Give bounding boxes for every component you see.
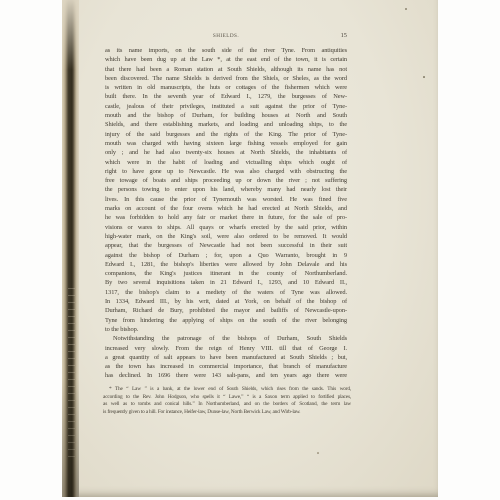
body-text-line: mouth and the bishop of Durham, for buil…	[105, 111, 347, 120]
body-text-line: Notwithstanding the patronage of the bis…	[105, 334, 347, 343]
body-text-line: injury of the said burgesses and the rig…	[105, 130, 347, 139]
body-text-line: the persons towing to enter upon his lan…	[105, 185, 347, 194]
body-text-line: which have been dug up at the Law *, at …	[105, 55, 347, 64]
body-text-line: marks on account of the four ovens which…	[105, 204, 347, 213]
body-text-line: visions or wares to ships. All quays or …	[105, 223, 347, 232]
body-text-line: In 1334, Edward III., by his writ, dated…	[105, 297, 347, 306]
body-text-line: to the bishop.	[105, 325, 347, 334]
body-text-line: against the bishop of Durham ; for, upon…	[105, 251, 347, 260]
body-text-line: as the town has increased in commercial …	[105, 362, 347, 371]
page-number: 15	[341, 32, 347, 39]
body-text-line: has declined. In 1696 there were 143 sal…	[105, 371, 347, 380]
body-text-line: increased very slowly. From the reign of…	[105, 344, 347, 353]
footnote: * The “ Law ” is a bank, at the lower en…	[103, 386, 351, 416]
body-text-line: Durham, Richard de Bury, prohibited the …	[105, 306, 347, 315]
body-text-line: been discovered. The name Shields is der…	[105, 74, 347, 83]
body-text-line: which were in the habit of loading and v…	[105, 158, 347, 167]
footnote-line: according to the Rev. John Hodgson, who …	[103, 394, 351, 402]
body-text-line: 1317, the bishop's claim to a mediety of…	[105, 288, 347, 297]
body-text-line: Shields, and there establishing markets,…	[105, 120, 347, 129]
body-text-line: castle, jealous of their privileges, ins…	[105, 102, 347, 111]
body-text-line: that there had been a Roman station at S…	[105, 65, 347, 74]
footnote-line: as well as to tombs and conical hills.” …	[103, 401, 351, 409]
body-text-line: Tyne from hindering the applying of ship…	[105, 316, 347, 325]
page-header: SHIELDS. 15	[105, 33, 347, 44]
footnote-line: * The “ Law ” is a bank, at the lower en…	[103, 386, 351, 394]
dust-speck	[317, 452, 319, 454]
body-text-line: built there. In the seventh year of Edwa…	[105, 92, 347, 101]
page-edge-highlight	[62, 0, 79, 70]
body-text-line: is written in old manuscripts, the huts …	[105, 83, 347, 92]
body-text-line: Edward I., 1281, the bishop's liberties …	[105, 260, 347, 269]
body-text-line: he was forbidden to hold any fair or mar…	[105, 213, 347, 222]
body-text-line: companions, the King's justices itineran…	[105, 269, 347, 278]
body-text-line: mouth was charged with having sixteen la…	[105, 139, 347, 148]
body-text-line: free towage of boats and ships proceedin…	[105, 176, 347, 185]
body-text-line: appear, that the burgesses of Newcastle …	[105, 241, 347, 250]
body-text: as its name imports, on the south side o…	[105, 46, 347, 381]
book-photo: SHIELDS. 15 as its name imports, on the …	[62, 0, 438, 497]
dust-speck	[423, 76, 425, 78]
body-text-line: high-water mark, on the King's soil, wer…	[105, 232, 347, 241]
running-title: SHIELDS.	[105, 33, 347, 39]
body-text-line: right to have gone up to Newcastle. He w…	[105, 167, 347, 176]
page-edge-shadow	[62, 377, 79, 497]
body-text-line: only ; and he had also twenty-six houses…	[105, 148, 347, 157]
body-text-line: a great quantity of salt appears to have…	[105, 353, 347, 362]
footnote-line: is frequently given to a hill. For insta…	[103, 409, 351, 417]
body-text-line: By two several inquisitions taken in 21 …	[105, 278, 347, 287]
dust-speck	[405, 8, 407, 10]
body-text-line: as its name imports, on the south side o…	[105, 46, 347, 55]
body-text-line: lives. In this cause the prior of Tynemo…	[105, 195, 347, 204]
